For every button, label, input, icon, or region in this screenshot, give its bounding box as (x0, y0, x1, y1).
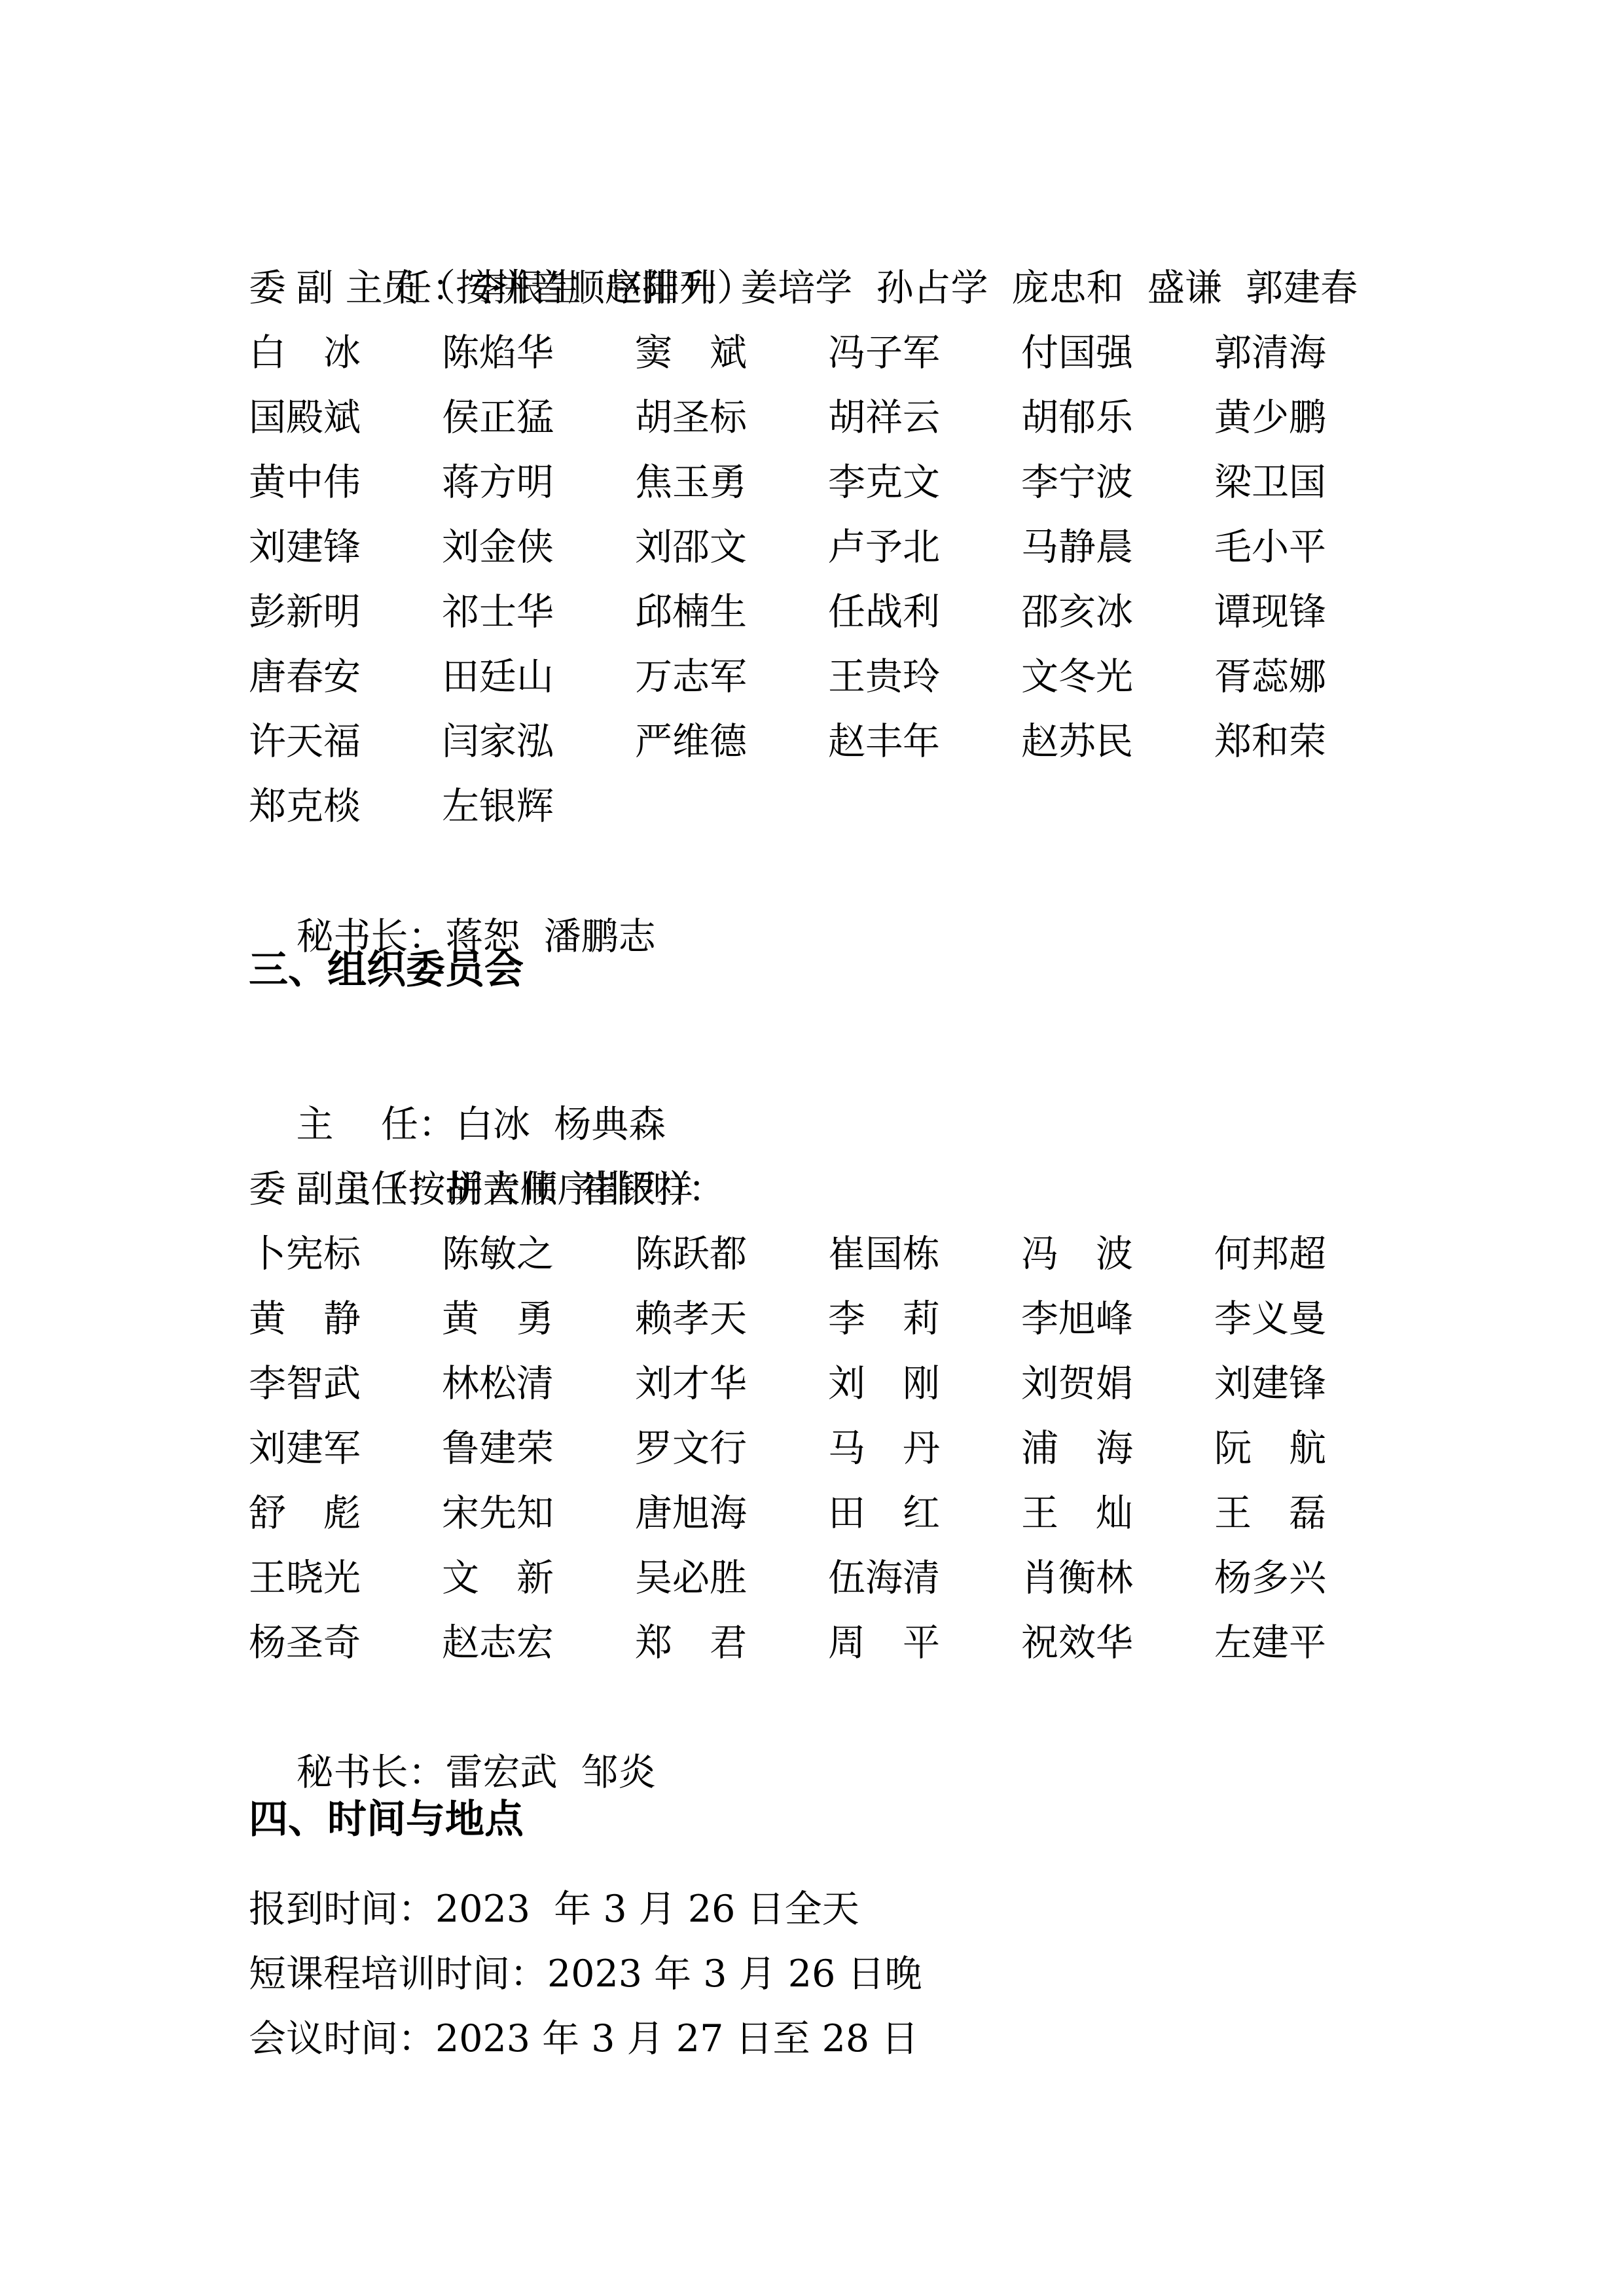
member-name: 黄 勇 (442, 1287, 635, 1352)
document-page: 副 主 任：李根生 赵阳升 姜培学 孙占学 庞忠和 盛谦 郭建春 委 员（按拼音… (0, 0, 1624, 2296)
member-row: 李智武林松清刘才华刘 刚刘贺娟刘建锋 (249, 1352, 1362, 1416)
member-name: 毛小平 (1214, 515, 1407, 580)
member-row: 彭新明祁士华邱楠生任战利邵亥冰谭现锋 (249, 580, 1362, 645)
member-row: 白 冰陈焰华窦 斌冯子军付国强郭清海 (249, 321, 1362, 386)
member-name: 左建平 (1214, 1611, 1407, 1676)
member-name: 周 平 (828, 1611, 1021, 1676)
member-name: 祝效华 (1021, 1611, 1214, 1676)
member-name: 冯 波 (1021, 1222, 1214, 1287)
section4-heading: 四、时间与地点 (249, 1787, 524, 1852)
member-row: 王晓光文 新吴必胜伍海清肖衡林杨多兴 (249, 1546, 1362, 1611)
member-row: 黄中伟蒋方明焦玉勇李克文李宁波梁卫国 (249, 450, 1362, 515)
member-name: 胡郁乐 (1021, 386, 1214, 450)
member-name: 王贵玲 (828, 645, 1021, 709)
section3-members-grid: 卜宪标陈敏之陈跃都崔国栋冯 波何邦超黄 静黄 勇赖孝天李 莉李旭峰李义曼李智武林… (249, 1222, 1362, 1676)
member-name: 罗文行 (635, 1416, 828, 1481)
member-name: 杨圣奇 (249, 1611, 442, 1676)
member-name: 严维德 (635, 709, 828, 774)
member-name: 闫家泓 (442, 709, 635, 774)
member-row: 刘建锋刘金侠刘邵文卢予北马静晨毛小平 (249, 515, 1362, 580)
member-name: 陈焰华 (442, 321, 635, 386)
member-name: 卜宪标 (249, 1222, 442, 1287)
member-name: 赵丰年 (828, 709, 1021, 774)
member-name: 伍海清 (828, 1546, 1021, 1611)
training-time: 短课程培训时间：2023 年 3 月 26 日晚 (249, 1942, 922, 2007)
member-row: 黄 静黄 勇赖孝天李 莉李旭峰李义曼 (249, 1287, 1362, 1352)
secretary-general-line: 秘书长：蒋恕 潘鹏志 (249, 840, 656, 905)
member-name: 黄 静 (249, 1287, 442, 1352)
member-name: 赖孝天 (635, 1287, 828, 1352)
member-name: 赵苏民 (1021, 709, 1214, 774)
member-name: 马 丹 (828, 1416, 1021, 1481)
member-name: 国殿斌 (249, 386, 442, 450)
member-name: 吴必胜 (635, 1546, 828, 1611)
registration-time: 报到时间：2023 年 3 月 26 日全天 (249, 1877, 859, 1942)
member-name: 邵亥冰 (1021, 580, 1214, 645)
member-name: 陈敏之 (442, 1222, 635, 1287)
member-name: 刘建军 (249, 1416, 442, 1481)
member-name: 刘建锋 (1214, 1352, 1407, 1416)
chairs-line: 主 任：白冰 杨典森 (249, 1028, 666, 1092)
member-name: 宋先知 (442, 1481, 635, 1546)
member-name: 蒋方明 (442, 450, 635, 515)
member-name: 卢予北 (828, 515, 1021, 580)
member-name: 李智武 (249, 1352, 442, 1416)
member-name: 田 红 (828, 1481, 1021, 1546)
member-name: 任战利 (828, 580, 1021, 645)
member-name: 邱楠生 (635, 580, 828, 645)
member-name: 郑 君 (635, 1611, 828, 1676)
member-name: 马静晨 (1021, 515, 1214, 580)
member-row: 刘建军鲁建荣罗文行马 丹浦 海阮 航 (249, 1416, 1362, 1481)
member-name: 文 新 (442, 1546, 635, 1611)
member-name: 刘贺娟 (1021, 1352, 1214, 1416)
member-name: 刘才华 (635, 1352, 828, 1416)
member-name: 万志军 (635, 645, 828, 709)
member-name: 李 莉 (828, 1287, 1021, 1352)
member-name: 侯正猛 (442, 386, 635, 450)
member-name: 陈跃都 (635, 1222, 828, 1287)
member-name: 窦 斌 (635, 321, 828, 386)
member-name: 刘金侠 (442, 515, 635, 580)
member-name: 彭新明 (249, 580, 442, 645)
member-name: 舒 彪 (249, 1481, 442, 1546)
vice-chairs-line-s3: 副主任：胡大伟 崔银祥 (249, 1092, 693, 1157)
member-name: 李义曼 (1214, 1287, 1407, 1352)
member-name: 李克文 (828, 450, 1021, 515)
member-name: 许天福 (249, 709, 442, 774)
section2-members-grid: 白 冰陈焰华窦 斌冯子军付国强郭清海国殿斌侯正猛胡圣标胡祥云胡郁乐黄少鹏黄中伟蒋… (249, 321, 1362, 839)
member-name: 王晓光 (249, 1546, 442, 1611)
members-label-s3: 委 员（按拼音顺序排列）： (249, 1157, 725, 1222)
member-name: 鲁建荣 (442, 1416, 635, 1481)
member-name: 浦 海 (1021, 1416, 1214, 1481)
member-row: 杨圣奇赵志宏郑 君周 平祝效华左建平 (249, 1611, 1362, 1676)
member-name: 李旭峰 (1021, 1287, 1214, 1352)
member-row: 卜宪标陈敏之陈跃都崔国栋冯 波何邦超 (249, 1222, 1362, 1287)
member-row: 许天福闫家泓严维德赵丰年赵苏民郑和荣 (249, 709, 1362, 774)
member-name: 崔国栋 (828, 1222, 1021, 1287)
member-row: 国殿斌侯正猛胡圣标胡祥云胡郁乐黄少鹏 (249, 386, 1362, 450)
member-name: 王 灿 (1021, 1481, 1214, 1546)
member-name: 赵志宏 (442, 1611, 635, 1676)
member-name: 谭现锋 (1214, 580, 1407, 645)
member-name: 刘建锋 (249, 515, 442, 580)
member-name: 胡祥云 (828, 386, 1021, 450)
member-name: 郑克棪 (249, 774, 442, 839)
member-row: 舒 彪宋先知唐旭海田 红王 灿王 磊 (249, 1481, 1362, 1546)
member-name: 焦玉勇 (635, 450, 828, 515)
member-name: 冯子军 (828, 321, 1021, 386)
member-name: 刘 刚 (828, 1352, 1021, 1416)
vice-chairs-line: 副 主 任：李根生 赵阳升 姜培学 孙占学 庞忠和 盛谦 郭建春 (249, 191, 1358, 256)
member-name: 王 磊 (1214, 1481, 1407, 1546)
member-name: 祁士华 (442, 580, 635, 645)
meeting-time: 会议时间：2023 年 3 月 27 日至 28 日 (249, 2007, 918, 2072)
member-name: 梁卫国 (1214, 450, 1407, 515)
member-name: 刘邵文 (635, 515, 828, 580)
member-name: 阮 航 (1214, 1416, 1407, 1481)
member-name: 文冬光 (1021, 645, 1214, 709)
member-name: 唐旭海 (635, 1481, 828, 1546)
section3-heading: 三、组织委员会 (249, 937, 524, 1003)
member-row: 唐春安田廷山万志军王贵玲文冬光胥蕊娜 (249, 645, 1362, 709)
member-name: 郭清海 (1214, 321, 1407, 386)
member-name: 杨多兴 (1214, 1546, 1407, 1611)
member-name: 郑和荣 (1214, 709, 1407, 774)
member-name: 胥蕊娜 (1214, 645, 1407, 709)
member-name: 付国强 (1021, 321, 1214, 386)
member-name: 白 冰 (249, 321, 442, 386)
member-name: 林松清 (442, 1352, 635, 1416)
member-name: 唐春安 (249, 645, 442, 709)
member-name: 左银辉 (442, 774, 635, 839)
secretary-general-line-s3: 秘书长：雷宏武 邹炎 (249, 1676, 656, 1740)
member-name: 黄中伟 (249, 450, 442, 515)
member-name: 何邦超 (1214, 1222, 1407, 1287)
member-name: 肖衡林 (1021, 1546, 1214, 1611)
member-name: 李宁波 (1021, 450, 1214, 515)
member-name: 胡圣标 (635, 386, 828, 450)
members-label: 委 员（按拼音顺序排列） (249, 256, 754, 321)
member-name: 黄少鹏 (1214, 386, 1407, 450)
member-row: 郑克棪左银辉 (249, 774, 1362, 839)
member-name: 田廷山 (442, 645, 635, 709)
